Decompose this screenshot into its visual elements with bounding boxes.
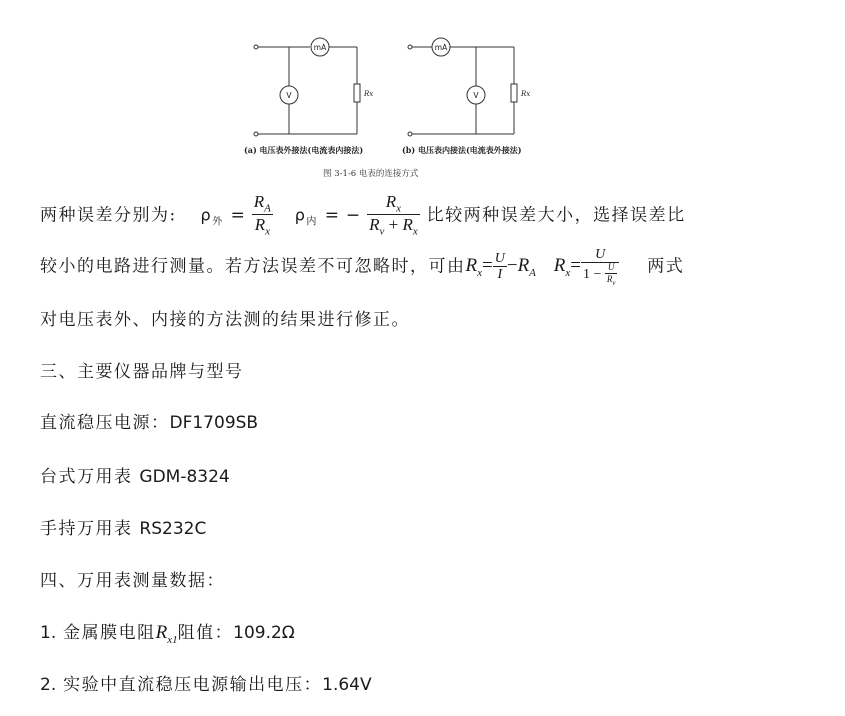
correction-text: 较小的电路进行测量。若方法误差不可忽略时，可由: [40, 256, 466, 276]
section-3-heading: 三、主要仪器品牌与型号: [40, 357, 244, 382]
measurement-item-resistance: 1. 金属膜电阻Rx1阻值：109.2Ω: [40, 618, 295, 646]
formula-rx-inner: Rx=U1 − URv: [554, 255, 620, 276]
figure-caption: 图 3-1-6 电表的连接方式: [323, 168, 419, 179]
rho-symbol-outer: ρ: [201, 205, 213, 224]
ammeter-a-label: mA: [314, 43, 327, 52]
equals-sign: =: [325, 205, 339, 225]
voltmeter-b-label: V: [473, 91, 479, 100]
formula-rx-outer: Rx=UI−RA: [466, 255, 536, 276]
ammeter-b-label: mA: [435, 43, 448, 52]
intro-text: 两种误差分别为:: [40, 205, 177, 225]
voltmeter-a-label: V: [286, 91, 292, 100]
instrument-item-power-supply: 直流稳压电源：DF1709SB: [40, 408, 258, 433]
two-formulas-text: 两式: [647, 256, 684, 276]
outer-subscript: 外: [212, 216, 224, 227]
voltage-value: 1.64V: [322, 675, 371, 695]
caption-b: (b) 电压表内接法(电流表外接法): [402, 145, 522, 155]
caption-a: (a) 电压表外接法(电流表内接法): [244, 145, 363, 155]
correction-formula-line: 较小的电路进行测量。若方法误差不可忽略时，可由Rx=UI−RA Rx=U1 − …: [40, 247, 684, 287]
measurement-item-voltage: 2. 实验中直流稳压电源输出电压：1.64V: [40, 670, 372, 695]
error-formula-line: 两种误差分别为: ρ外 = RA Rx ρ内 = − Rx Rv + Rx 比较…: [40, 193, 686, 239]
inner-subscript: 内: [306, 216, 318, 227]
resistor-a-label: Rx: [363, 90, 373, 98]
formula-outer-fraction: RA Rx: [252, 193, 273, 239]
instrument-item-bench-multimeter: 台式万用表 GDM-8324: [40, 462, 230, 487]
formula-inner-fraction: Rx Rv + Rx: [367, 193, 420, 239]
comparison-text: 比较两种误差大小，选择误差比: [427, 205, 686, 225]
instrument-item-handheld-multimeter: 手持万用表 RS232C: [40, 514, 206, 539]
minus-sign: −: [346, 205, 360, 225]
circuit-figure: mA V mA V Rx Rx (a) 电压表外接法(电流表内接法) (b) 电…: [244, 34, 550, 180]
paragraph-correction-note: 对电压表外、内接的方法测的结果进行修正。: [40, 305, 410, 330]
section-4-heading: 四、万用表测量数据：: [40, 566, 225, 591]
resistance-value: 109.2Ω: [233, 623, 295, 643]
rho-symbol-inner: ρ: [295, 205, 307, 224]
equals-sign: =: [231, 205, 245, 225]
circuit-diagram-svg: mA V mA V Rx Rx (a) 电压表外接法(电流表内接法) (b) 电…: [244, 34, 550, 180]
resistor-b-label: Rx: [520, 90, 530, 98]
